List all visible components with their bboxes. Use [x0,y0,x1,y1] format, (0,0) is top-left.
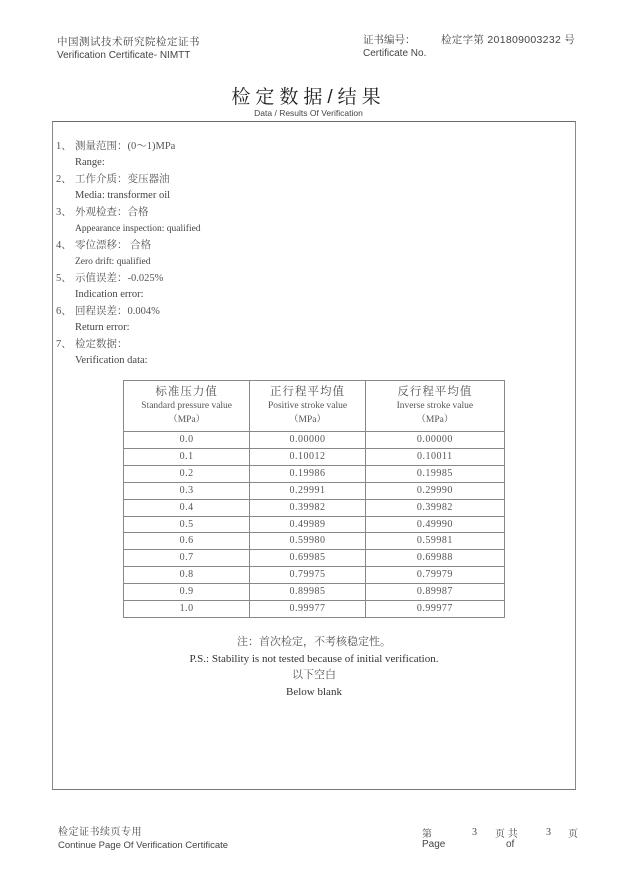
standard-pressure-cell: 0.7 [124,550,250,567]
inverse-stroke-cell: 0.89987 [365,584,504,601]
column-header-standard-pressure: 标准压力值 Standard pressure value （MPa） [124,381,250,432]
table-row: 1.00.999770.99977 [124,601,505,618]
footer-continuation-label: 检定证书续页专用 Continue Page Of Verification C… [58,826,228,852]
positive-stroke-cell: 0.39982 [250,499,365,516]
item-3-cn: 3、外观检查：合格 [56,204,201,221]
item-number: 1、 [56,138,75,155]
issuer-name-en: Verification Certificate- NIMTT [57,49,200,62]
inverse-stroke-cell: 0.59981 [365,533,504,550]
table-row: 0.50.499890.49990 [124,516,505,533]
issuer-block: 中国测试技术研究院检定证书 Verification Certificate- … [57,36,200,62]
table-row: 0.80.799750.79979 [124,567,505,584]
item-text-cn: 检定数据： [75,339,128,350]
below-blank-en: Below blank [0,684,628,701]
page-title: 检定数据/结果 [0,82,617,109]
item-number: 7、 [56,336,75,353]
positive-stroke-cell: 0.89985 [250,584,365,601]
standard-pressure-cell: 0.4 [124,499,250,516]
certificate-number-value: 检定字第 201809003232 号 [441,34,575,47]
inverse-stroke-cell: 0.49990 [365,516,504,533]
positive-stroke-cell: 0.10012 [250,448,365,465]
item-number: 2、 [56,171,75,188]
inverse-stroke-cell: 0.10011 [365,448,504,465]
standard-pressure-cell: 0.3 [124,482,250,499]
item-text-cn: 测量范围：(0～1)MPa [75,141,175,152]
table-row: 0.00.000000.00000 [124,432,505,449]
inverse-stroke-cell: 0.00000 [365,432,504,449]
inverse-stroke-cell: 0.29990 [365,482,504,499]
page-label-en: Page [422,839,445,850]
positive-stroke-cell: 0.59980 [250,533,365,550]
notes-block: 注：首次检定，不考核稳定性。 P.S.: Stability is not te… [0,634,628,700]
inverse-stroke-cell: 0.39982 [365,499,504,516]
inverse-stroke-cell: 0.19985 [365,465,504,482]
page-indicator: 第 Page 3 页 共 of 3 页 [422,825,592,855]
item-text-cn: 工作介质：变压器油 [75,174,170,185]
item-6-en: Return error: [56,320,201,336]
verification-data-table: 标准压力值 Standard pressure value （MPa） 正行程平… [123,380,505,618]
positive-stroke-cell: 0.69985 [250,550,365,567]
table-row: 0.70.699850.69988 [124,550,505,567]
standard-pressure-cell: 0.6 [124,533,250,550]
item-1-cn: 1、测量范围：(0～1)MPa [56,138,201,155]
table-row: 0.90.899850.89987 [124,584,505,601]
column-header-positive-stroke: 正行程平均值 Positive stroke value （MPa） [250,381,365,432]
certificate-number-label-en: Certificate No. [363,47,575,60]
of-label-en: of [506,839,514,850]
standard-pressure-cell: 0.2 [124,465,250,482]
inverse-stroke-cell: 0.79979 [365,567,504,584]
item-3-en: Appearance inspection: qualified [56,221,201,237]
item-7-en: Verification data: [56,353,201,369]
footer-label-cn: 检定证书续页专用 [58,826,228,839]
issuer-name-cn: 中国测试技术研究院检定证书 [57,36,200,49]
item-4-en: Zero drift: qualified [56,254,201,270]
standard-pressure-cell: 0.1 [124,448,250,465]
table-row: 0.20.199860.19985 [124,465,505,482]
positive-stroke-cell: 0.19986 [250,465,365,482]
stability-note-cn: 注：首次检定，不考核稳定性。 [0,634,628,651]
page-total: 3 [546,827,551,838]
positive-stroke-cell: 0.29991 [250,482,365,499]
footer-label-en: Continue Page Of Verification Certificat… [58,839,228,852]
page-current: 3 [472,827,477,838]
positive-stroke-cell: 0.79975 [250,567,365,584]
table-header-row: 标准压力值 Standard pressure value （MPa） 正行程平… [124,381,505,432]
item-6-cn: 6、回程误差：0.004% [56,303,201,320]
page-end-cn: 页 [568,825,578,840]
inverse-stroke-cell: 0.99977 [365,601,504,618]
verification-items-list: 1、测量范围：(0～1)MPaRange:2、工作介质：变压器油Media: t… [56,138,201,369]
item-text-cn: 外观检查：合格 [75,207,149,218]
page-label-cn: 第 [422,825,432,840]
certificate-number-block: 证书编号： 检定字第 201809003232 号 Certificate No… [363,34,575,60]
page-mid-cn: 页 共 [495,825,518,840]
item-5-en: Indication error: [56,287,201,303]
item-2-cn: 2、工作介质：变压器油 [56,171,201,188]
stability-note-en: P.S.: Stability is not tested because of… [0,651,628,668]
item-text-cn: 回程误差：0.004% [75,306,160,317]
item-number: 5、 [56,270,75,287]
item-7-cn: 7、检定数据： [56,336,201,353]
item-2-en: Media: transformer oil [56,188,201,204]
table-row: 0.10.100120.10011 [124,448,505,465]
item-text-cn: 零位漂移： 合格 [75,240,151,251]
positive-stroke-cell: 0.00000 [250,432,365,449]
certificate-number-label-cn: 证书编号： [363,34,441,47]
standard-pressure-cell: 0.0 [124,432,250,449]
positive-stroke-cell: 0.49989 [250,516,365,533]
page-subtitle: Data / Results Of Verification [0,108,617,118]
item-text-cn: 示值误差：-0.025% [75,273,163,284]
standard-pressure-cell: 1.0 [124,601,250,618]
inverse-stroke-cell: 0.69988 [365,550,504,567]
item-4-cn: 4、零位漂移： 合格 [56,237,201,254]
standard-pressure-cell: 0.5 [124,516,250,533]
item-5-cn: 5、示值误差：-0.025% [56,270,201,287]
table-row: 0.60.599800.59981 [124,533,505,550]
table-row: 0.40.399820.39982 [124,499,505,516]
item-number: 4、 [56,237,75,254]
column-header-inverse-stroke: 反行程平均值 Inverse stroke value （MPa） [365,381,504,432]
item-1-en: Range: [56,155,201,171]
standard-pressure-cell: 0.8 [124,567,250,584]
below-blank-cn: 以下空白 [0,667,628,684]
table-row: 0.30.299910.29990 [124,482,505,499]
positive-stroke-cell: 0.99977 [250,601,365,618]
standard-pressure-cell: 0.9 [124,584,250,601]
item-number: 6、 [56,303,75,320]
item-number: 3、 [56,204,75,221]
